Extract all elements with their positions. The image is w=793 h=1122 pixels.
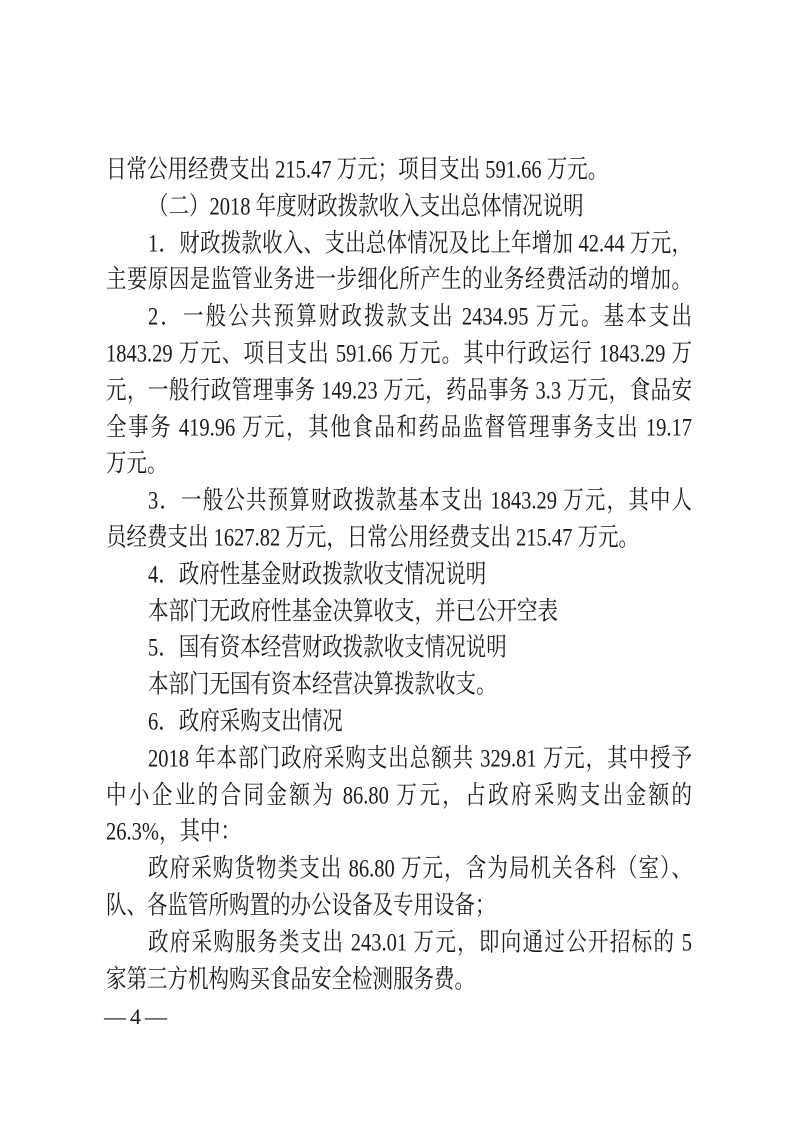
document-body: 日常公用经费支出 215.47 万元；项目支出 591.66 万元。 （二）20… <box>106 152 692 998</box>
text-line: 家第三方机构购买食品安全检测服务费。 <box>106 957 692 1003</box>
page-number: —4— <box>104 1002 171 1032</box>
document-page: 日常公用经费支出 215.47 万元；项目支出 591.66 万元。 （二）20… <box>0 0 793 1122</box>
